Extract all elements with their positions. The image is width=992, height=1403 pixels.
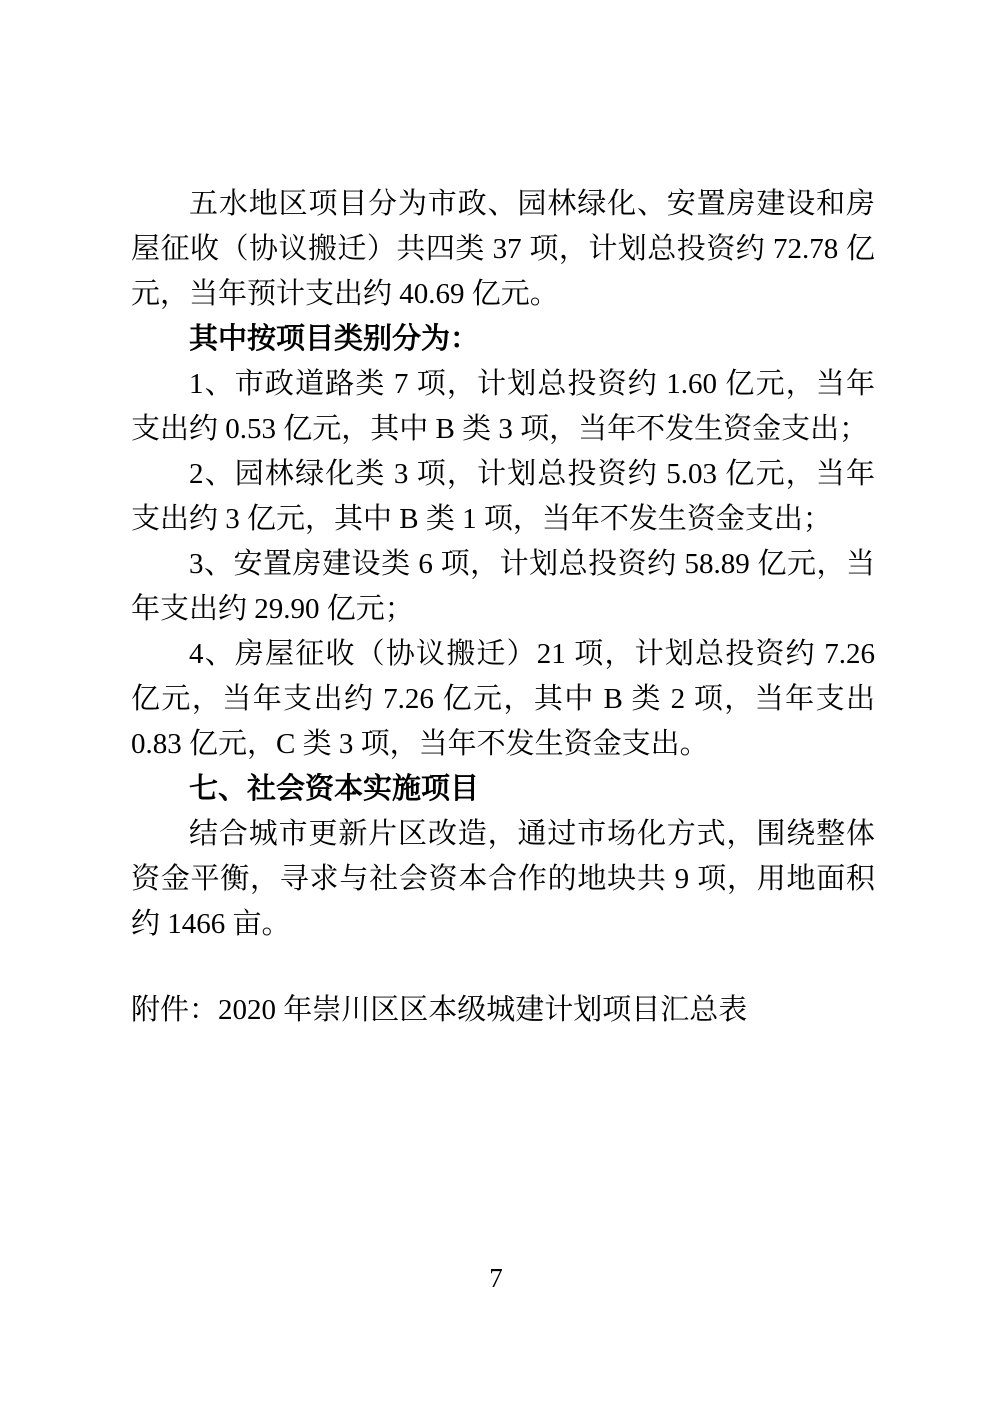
document-body: 五水地区项目分为市政、园林绿化、安置房建设和房屋征收（协议搬迁）共四类 37 项… [131, 182, 875, 947]
list-item-resettlement-housing: 3、安置房建设类 6 项，计划总投资约 58.89 亿元，当年支出约 29.90… [131, 542, 875, 632]
list-item-housing-expropriation: 4、房屋征收（协议搬迁）21 项，计划总投资约 7.26 亿元，当年支出约 7.… [131, 632, 875, 767]
paragraph-wushui-projects-overview: 五水地区项目分为市政、园林绿化、安置房建设和房屋征收（协议搬迁）共四类 37 项… [131, 182, 875, 317]
list-item-landscaping: 2、园林绿化类 3 项，计划总投资约 5.03 亿元，当年支出约 3 亿元，其中… [131, 452, 875, 542]
list-item-municipal-roads: 1、市政道路类 7 项，计划总投资约 1.60 亿元，当年支出约 0.53 亿元… [131, 362, 875, 452]
document-page: 五水地区项目分为市政、园林绿化、安置房建设和房屋征收（协议搬迁）共四类 37 项… [0, 0, 992, 1403]
paragraph-social-capital-detail: 结合城市更新片区改造，通过市场化方式，围绕整体资金平衡，寻求与社会资本合作的地块… [131, 812, 875, 947]
heading-social-capital-projects: 七、社会资本实施项目 [131, 767, 875, 812]
page-number: 7 [0, 1256, 992, 1301]
heading-project-category-breakdown: 其中按项目类别分为： [131, 317, 875, 362]
attachment-line: 附件：2020 年崇川区区本级城建计划项目汇总表 [131, 988, 875, 1033]
